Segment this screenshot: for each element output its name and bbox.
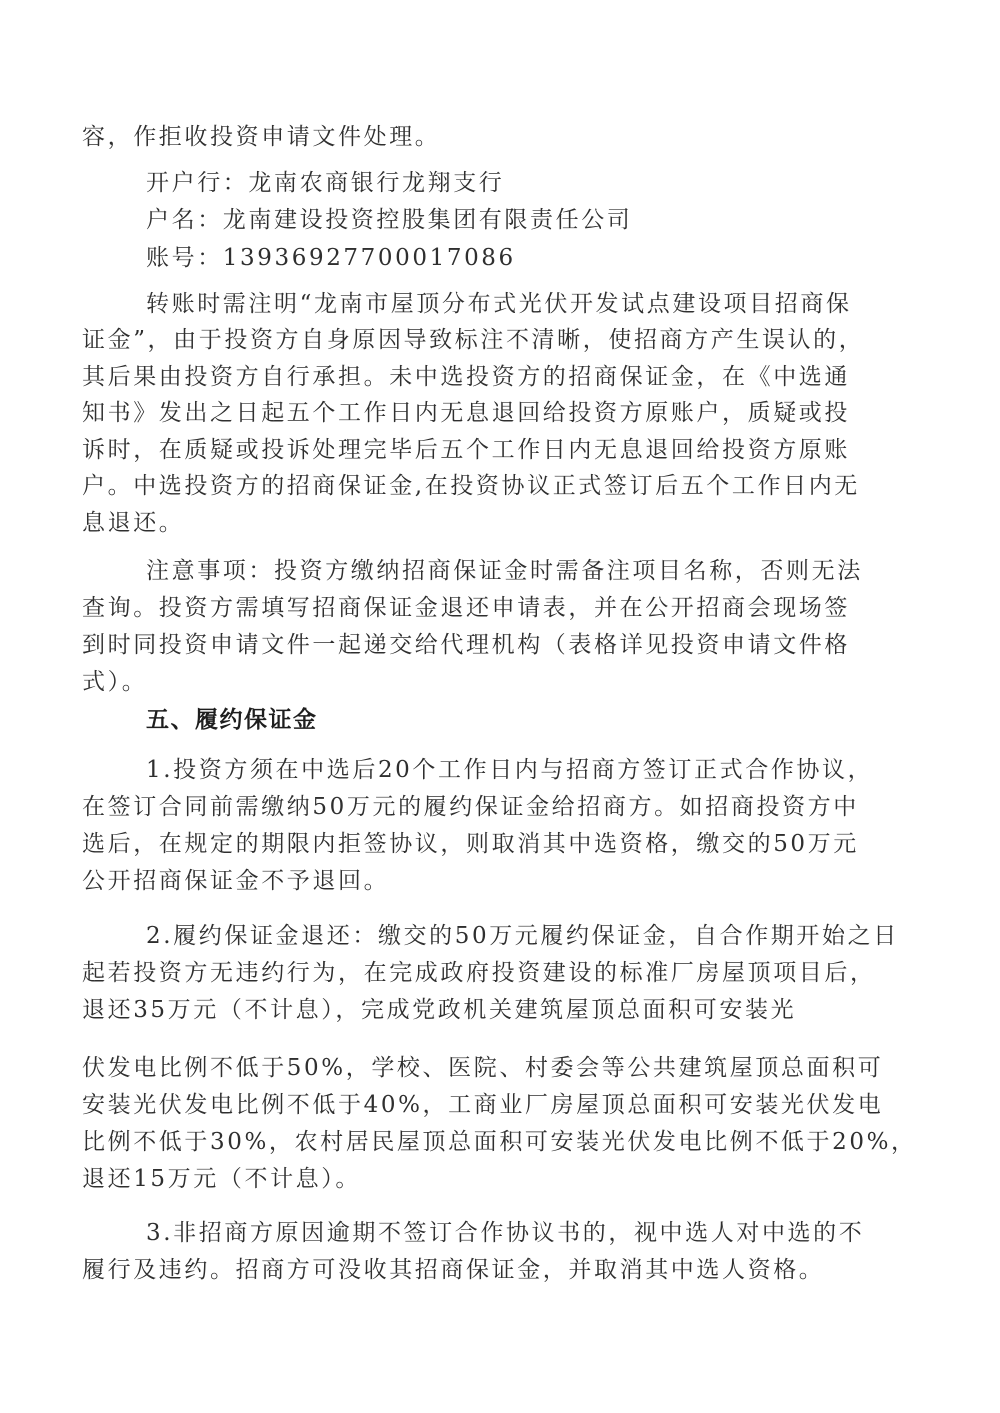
account-number-line: 账号：13936927700017086 [146,243,516,273]
transfer-note-line: 转账时需注明“龙南市屋顶分布式光伏开发试点建设项目招商保 [146,289,852,319]
notice-line: 到时同投资申请文件一起递交给代理机构（表格详见投资申请文件格 [82,630,850,660]
transfer-note-line: 知书》发出之日起五个工作日内无息退回给投资方原账户，质疑或投 [82,398,850,428]
transfer-note-line: 息退还。 [82,508,184,538]
account-name-line: 户名：龙南建设投资控股集团有限责任公司 [146,205,632,235]
item-2-line: 退还35万元（不计息），完成党政机关建筑屋顶总面积可安装光 [82,995,796,1025]
notice-line: 注意事项：投资方缴纳招商保证金时需备注项目名称，否则无法 [146,556,863,586]
transfer-note-line: 诉时，在质疑或投诉处理完毕后五个工作日内无息退回给投资方原账 [82,435,850,465]
notice-line: 式）。 [82,667,147,697]
paragraph-intro-tail-line: 容，作拒收投资申请文件处理。 [82,122,440,152]
item-2-line: 比例不低于30%，农村居民屋顶总面积可安装光伏发电比例不低于20%， [82,1127,917,1157]
item-3-line: 3.非招商方原因逾期不签订合作协议书的，视中选人对中选的不 [146,1218,864,1248]
transfer-note-line: 户。中选投资方的招商保证金,在投资协议正式签订后五个工作日内无 [82,471,860,501]
item-2-line: 安装光伏发电比例不低于40%，工商业厂房屋顶总面积可安装光伏发电 [82,1090,883,1120]
item-1-line: 在签订合同前需缴纳50万元的履约保证金给招商方。如招商投资方中 [82,792,859,822]
item-1-line: 1.投资方须在中选后20个工作日内与招商方签订正式合作协议， [146,755,873,785]
notice-line: 查询。投资方需填写招商保证金退还申请表，并在公开招商会现场签 [82,593,850,623]
item-2-line: 起若投资方无违约行为，在完成政府投资建设的标准厂房屋顶项目后， [82,958,876,988]
transfer-note-line: 证金”，由于投资方自身原因导致标注不清晰，使招商方产生误认的， [82,325,864,355]
transfer-note-line: 其后果由投资方自行承担。未中选投资方的招商保证金，在《中选通 [82,362,850,392]
item-2-line: 2.履约保证金退还：缴交的50万元履约保证金，自合作期开始之日 [146,921,899,951]
item-3-line: 履行及违约。招商方可没收其招商保证金，并取消其中选人资格。 [82,1255,824,1285]
item-1-line: 公开招商保证金不予退回。 [82,866,389,896]
item-2-line: 退还15万元（不计息）。 [82,1164,361,1194]
document-page: 容，作拒收投资申请文件处理。 开户行：龙南农商银行龙翔支行 户名：龙南建设投资控… [0,0,1000,1413]
item-1-line: 选后，在规定的期限内拒签协议，则取消其中选资格，缴交的50万元 [82,829,859,859]
item-2-line: 伏发电比例不低于50%，学校、医院、村委会等公共建筑屋顶总面积可 [82,1053,883,1083]
section-5-heading: 五、履约保证金 [146,705,318,735]
bank-name-line: 开户行：龙南农商银行龙翔支行 [146,168,504,198]
